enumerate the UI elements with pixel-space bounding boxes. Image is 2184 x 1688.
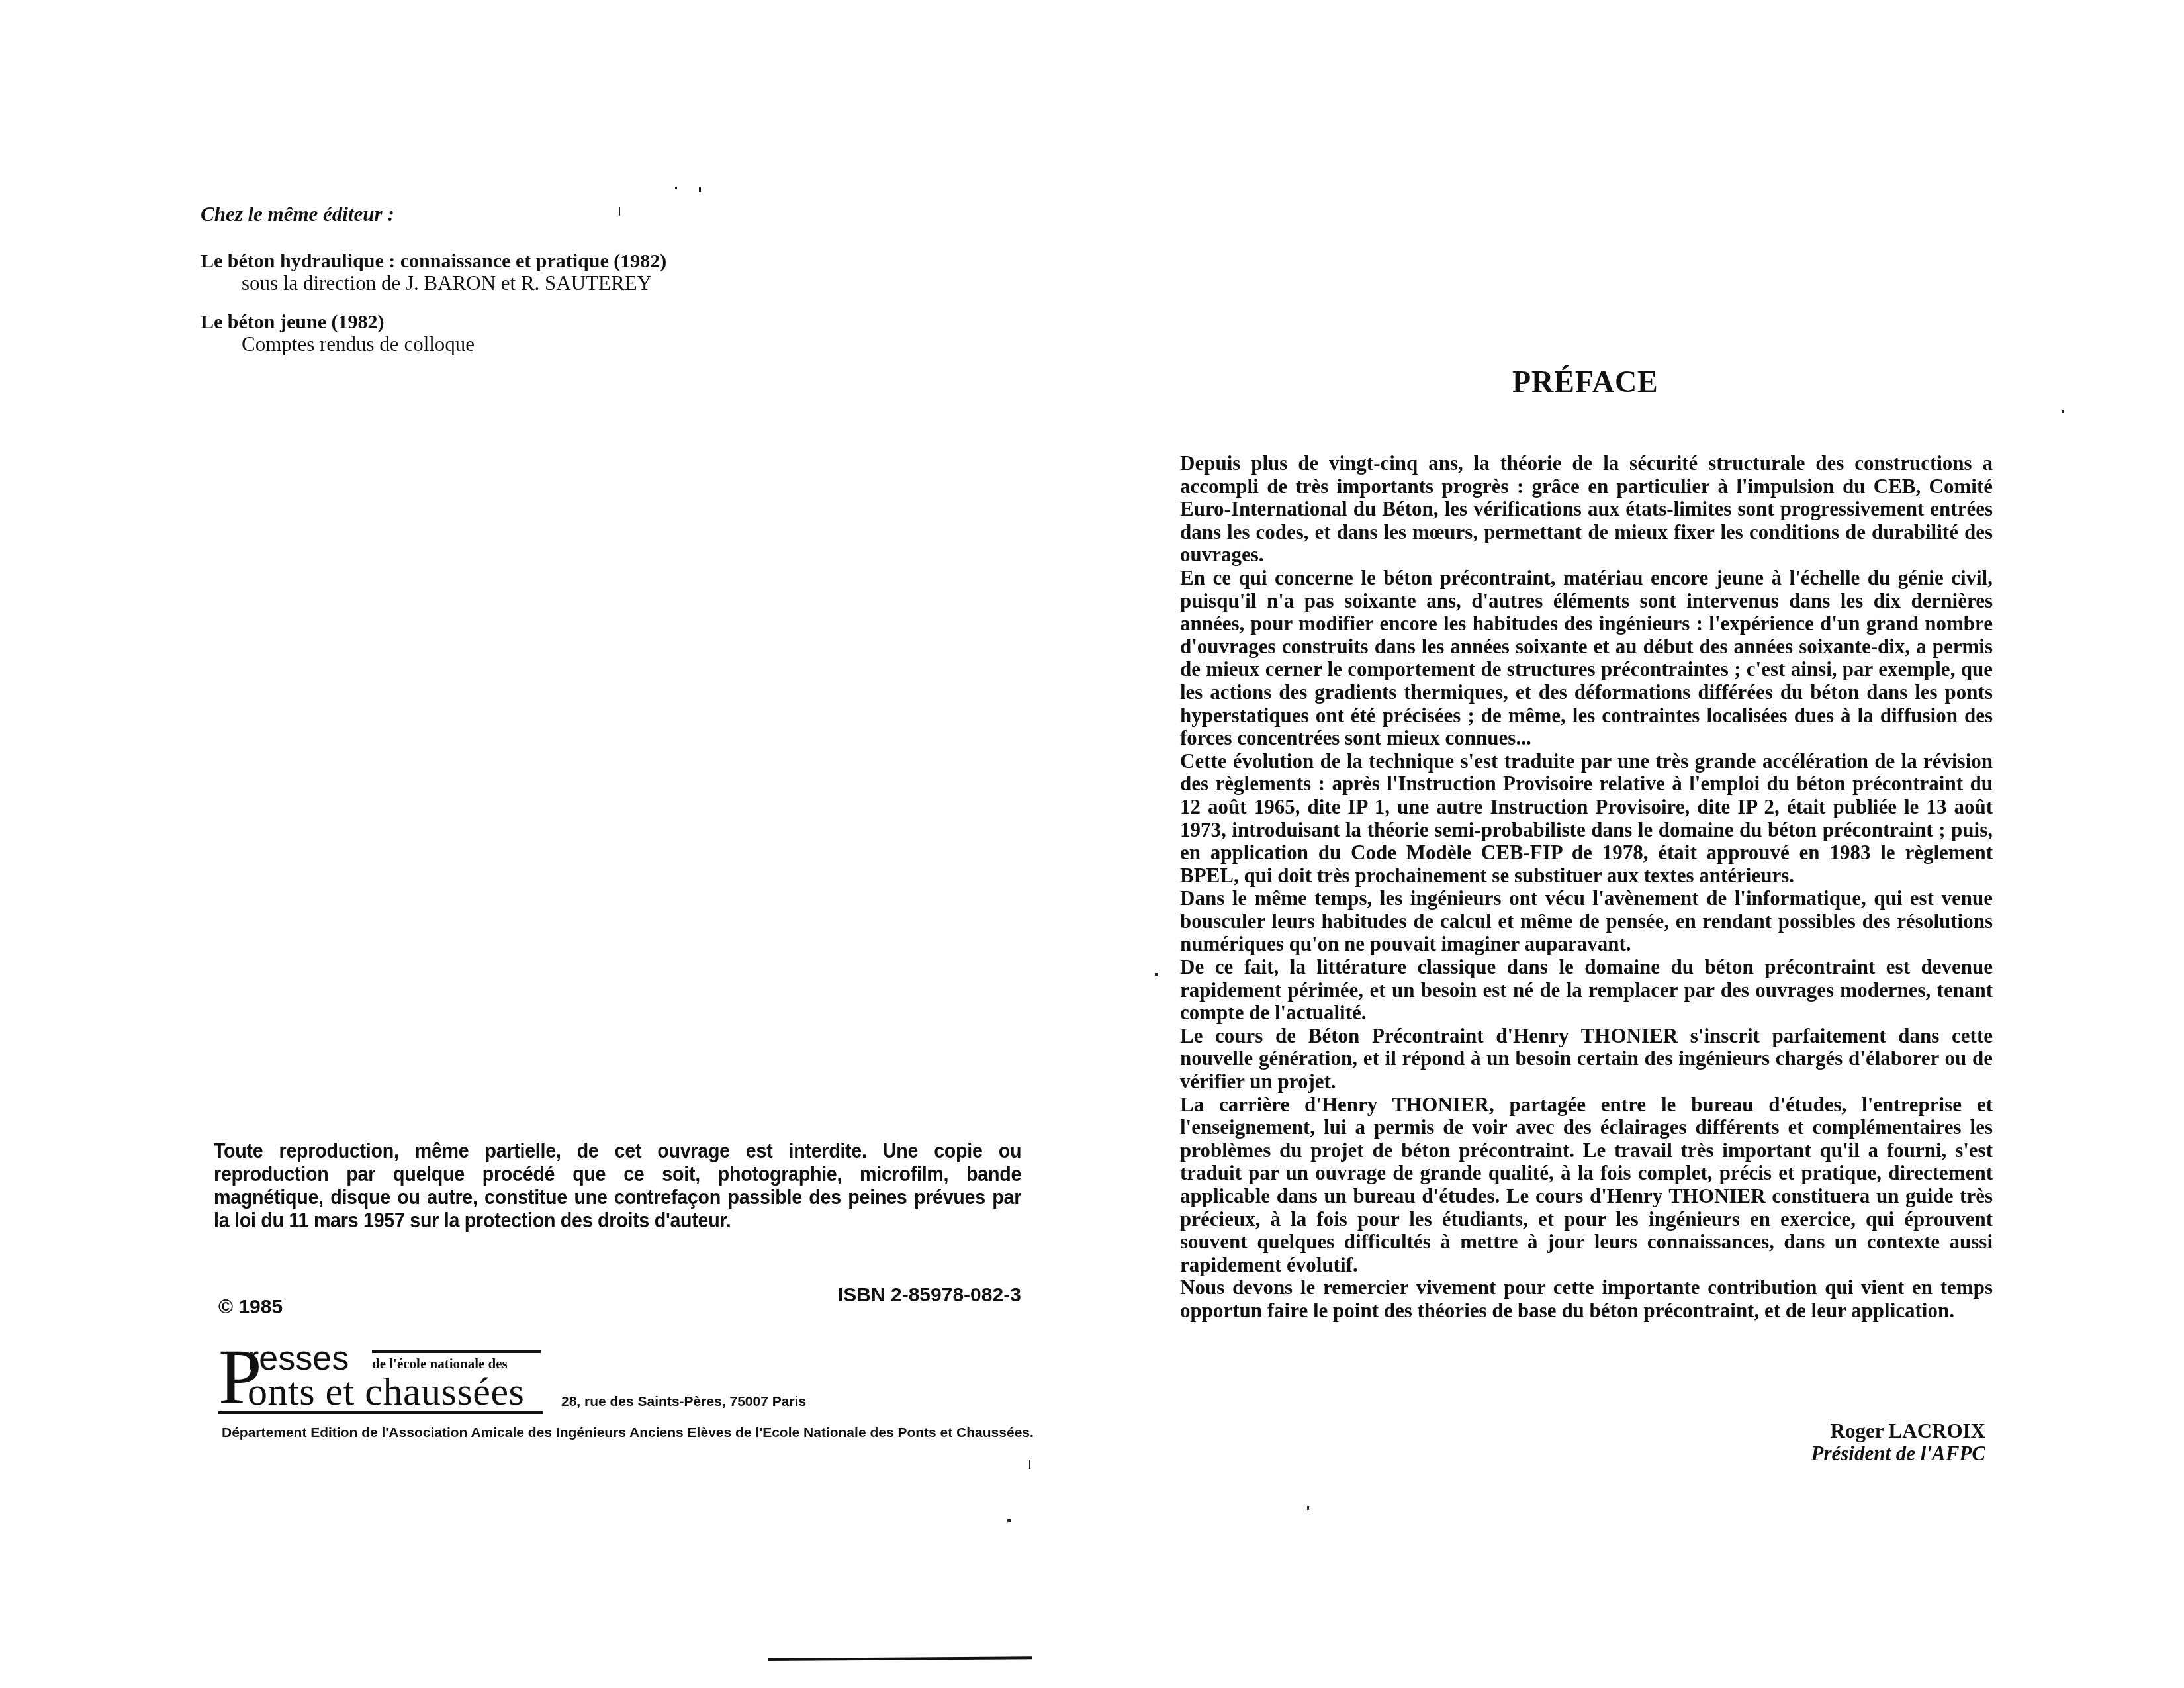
preface-paragraph: Depuis plus de vingt-cinq ans, la théori… bbox=[1180, 452, 1993, 567]
publisher-department: Département Edition de l'Association Ami… bbox=[222, 1425, 1042, 1441]
preface-paragraph: Dans le même temps, les ingénieurs ont v… bbox=[1180, 887, 1993, 956]
publisher-address: 28, rue des Saints-Pères, 75007 Paris bbox=[561, 1394, 806, 1410]
book-entry: Le béton hydraulique : connaissance et p… bbox=[201, 250, 666, 294]
scan-speck bbox=[2062, 410, 2064, 413]
preface-title: PRÉFACE bbox=[1512, 364, 1659, 399]
scan-speck bbox=[1007, 1519, 1011, 1522]
scan-edge-line bbox=[768, 1656, 1032, 1661]
preface-paragraph: Cette évolution de la technique s'est tr… bbox=[1180, 750, 1993, 888]
scan-speck bbox=[1029, 1460, 1030, 1469]
editor-heading: Chez le même éditeur : bbox=[201, 203, 394, 226]
book-subtitle: sous la direction de J. BARON et R. SAUT… bbox=[201, 272, 666, 294]
book-subtitle: Comptes rendus de colloque bbox=[201, 333, 475, 355]
preface-paragraph: Le cours de Béton Précontraint d'Henry T… bbox=[1180, 1025, 1993, 1094]
preface-paragraph: De ce fait, la littérature classique dan… bbox=[1180, 956, 1993, 1025]
logo-rule-bottom bbox=[218, 1411, 543, 1414]
signature: Roger LACROIX Président de l'AFPC bbox=[1811, 1420, 1986, 1465]
signature-role: Président de l'AFPC bbox=[1811, 1442, 1986, 1465]
publisher-logo: P resses de l'école nationale des onts e… bbox=[218, 1342, 543, 1410]
preface-paragraph: La carrière d'Henry THONIER, partagée en… bbox=[1180, 1094, 1993, 1277]
scan-speck bbox=[699, 187, 701, 192]
scan-speck bbox=[1307, 1506, 1309, 1510]
scan-speck bbox=[1155, 973, 1158, 976]
logo-rule-top bbox=[372, 1350, 541, 1353]
copyright-notice: Toute reproduction, même partielle, de c… bbox=[214, 1140, 1021, 1233]
scan-speck bbox=[619, 207, 620, 216]
scan-speck bbox=[675, 187, 677, 189]
book-title: Le béton hydraulique : connaissance et p… bbox=[201, 250, 666, 272]
copyright-year: © 1985 bbox=[218, 1296, 283, 1319]
book-entry: Le béton jeune (1982) Comptes rendus de … bbox=[201, 311, 475, 355]
isbn: ISBN 2-85978-082-3 bbox=[838, 1284, 1021, 1307]
preface-paragraph: Nous devons le remercier vivement pour c… bbox=[1180, 1276, 1993, 1322]
book-title: Le béton jeune (1982) bbox=[201, 311, 384, 333]
signature-name: Roger LACROIX bbox=[1831, 1419, 1986, 1442]
logo-bottom-words: onts et chaussées bbox=[248, 1372, 524, 1411]
preface-body: Depuis plus de vingt-cinq ans, la théori… bbox=[1180, 452, 1993, 1323]
preface-paragraph: En ce qui concerne le béton précontraint… bbox=[1180, 567, 1993, 750]
